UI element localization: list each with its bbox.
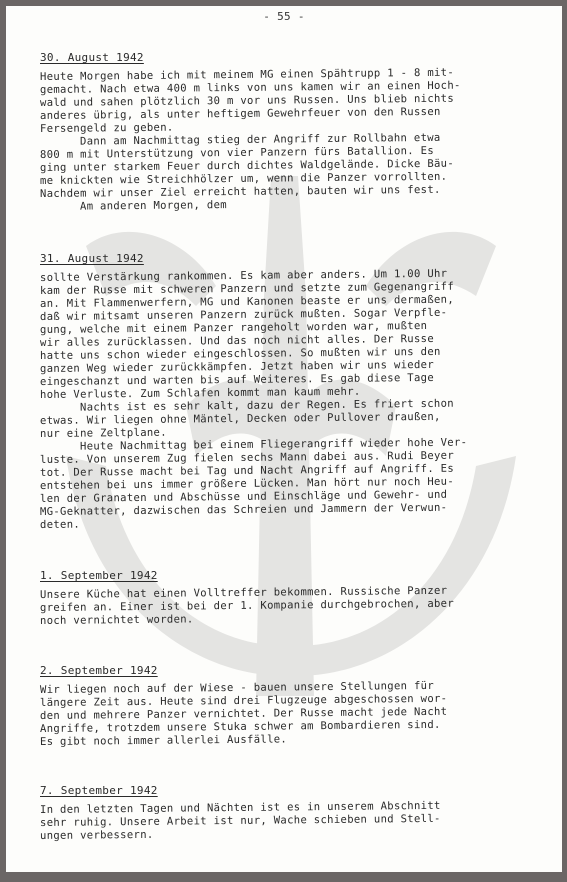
document-page: - 55 - 30. August 1942 Heute Morgen habe… [6,6,562,872]
entry-body: sollte Verstärkung rankommen. Es kam abe… [40,272,540,532]
entry-date-heading: 7. September 1942 [40,784,158,797]
diary-entry-7-september: 7. September 1942 In den letzten Tagen u… [40,784,540,843]
entry-date-heading: 1. September 1942 [40,569,158,582]
diary-entry-31-august: 31. August 1942 sollte Verstärkung ranko… [40,252,540,532]
document-content: - 55 - 30. August 1942 Heute Morgen habe… [6,6,562,872]
diary-entry-2-september: 2. September 1942 Wir liegen noch auf de… [40,664,540,749]
entry-date-heading: 2. September 1942 [40,664,158,677]
entry-body: In den letzten Tagen und Nächten ist es … [40,804,540,843]
entry-body: Unsere Küche hat einen Volltreffer bekom… [40,589,540,628]
entry-body: Heute Morgen habe ich mit meinem MG eine… [40,71,540,214]
page-number: - 55 - [6,10,562,23]
diary-entry-1-september: 1. September 1942 Unsere Küche hat einen… [40,569,540,628]
entry-body: Wir liegen noch auf der Wiese - bauen un… [40,684,540,749]
entry-date-heading: 31. August 1942 [40,252,144,265]
diary-entry-30-august: 30. August 1942 Heute Morgen habe ich mi… [40,51,540,214]
entry-date-heading: 30. August 1942 [40,51,144,64]
